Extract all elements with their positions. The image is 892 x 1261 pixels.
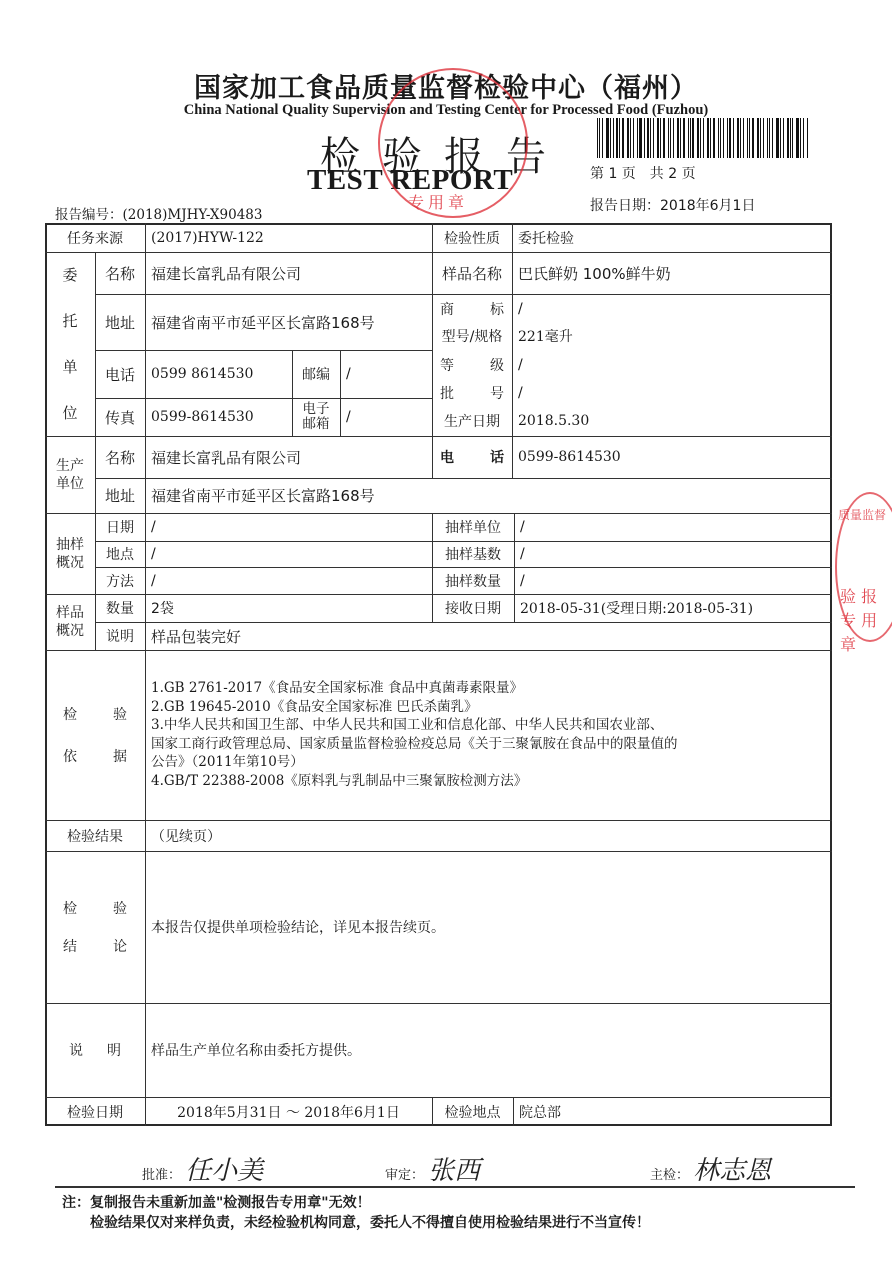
client-email-label-line1: 电子 [303,402,330,417]
report-number: 报告编号：(2018)MJHY-X90483 [55,203,262,223]
trademark-label-a: 商 [440,299,454,319]
grade-label: 等级 [432,352,512,378]
task-source-value: (2017)HYW-122 [145,223,438,252]
sample-name-label: 样品名称 [432,252,512,294]
client-postcode-value: / [340,350,438,398]
sampling-group-label: 抽样 概况 [45,513,95,594]
producer-address-label: 地址 [95,478,145,513]
grade-value: / [512,352,838,378]
sample-status-label-line1: 样品 [56,604,84,622]
inspector-signature: 主检： 林志恩 [650,1150,771,1187]
receive-date-value: 2018-05-31(受理日期:2018-05-31) [514,594,838,622]
side-stamp-top-text: 质量监督 [838,506,886,523]
result-value: （见续页） [145,820,838,851]
sample-count-value: 2袋 [145,594,438,622]
producer-phone-value: 0599-8614530 [512,436,838,478]
report-date-label: 报告日期： [590,198,660,214]
batch-label-a: 批 [440,383,454,403]
basis-label-char: 依 [63,746,77,766]
client-group-label: 委 托 单 位 [45,252,95,436]
batch-label-b: 号 [490,383,504,403]
sample-note-value: 样品包装完好 [145,622,838,650]
test-date-value: 2018年5月31日 ～ 2018年6月1日 [145,1097,432,1126]
sample-name-value: 巴氏鲜奶 100%鲜牛奶 [512,252,838,294]
review-signature: 审定： 张西 [385,1150,480,1187]
remark-label: 说明 [45,1003,145,1097]
trademark-label-b: 标 [490,299,504,319]
report-date-value: 2018年6月1日 [660,198,755,214]
sampling-base-label: 抽样基数 [432,541,514,567]
conclusion-label-char: 验 [113,898,127,918]
report-number-label: 报告编号： [55,207,123,223]
side-stamp-text: 验 报 专 用 章 [840,585,892,657]
producer-label-line1: 生产 [56,457,84,475]
approve-label: 批准： [142,1168,181,1183]
test-nature-label: 检验性质 [432,223,512,252]
client-postcode-label: 邮编 [292,350,340,398]
client-label-char: 托 [62,298,77,344]
client-label-char: 位 [62,390,77,436]
task-source-label: 任务来源 [45,223,145,252]
client-email-value: / [340,398,438,436]
client-fax-value: 0599-8614530 [145,398,298,436]
sampling-quantity-label: 抽样数量 [432,567,514,594]
footer-divider [55,1186,855,1188]
basis-item: 公告》（2011年第10号） [151,753,826,772]
sampling-date-label: 日期 [95,513,145,541]
client-address-value: 福建省南平市延平区长富路168号 [145,294,438,350]
sampling-unit-label: 抽样单位 [432,513,514,541]
sample-note-label: 说明 [95,622,145,650]
batch-value: / [512,380,838,406]
footer-note-2: 检验结果仅对来样负责，未经检验机构同意，委托人不得擅自使用检验结果进行不当宣传！ [90,1212,650,1232]
sampling-method-label: 方法 [95,567,145,594]
sampling-place-label: 地点 [95,541,145,567]
trademark-label: 商标 [432,296,512,322]
sampling-label-line1: 抽样 [56,536,84,554]
client-phone-label: 电话 [95,350,145,398]
stamp-text: 专用章 [408,190,468,213]
producer-address-value: 福建省南平市延平区长富路168号 [145,478,838,513]
result-label: 检验结果 [45,820,145,851]
test-place-label: 检验地点 [432,1097,513,1126]
sampling-quantity-value: / [514,567,838,594]
review-label: 审定： [385,1168,424,1183]
client-fax-label: 传真 [95,398,145,436]
producer-phone-label-a: 电 [440,447,454,467]
basis-item: 4.GB/T 22388-2008《原料乳与乳制品中三聚氰胺检测方法》 [151,772,826,791]
inspector-label: 主检： [650,1168,689,1183]
basis-item: 3.中华人民共和国卫生部、中华人民共和国工业和信息化部、中华人民共和国农业部、 [151,716,826,735]
basis-item: 国家工商行政管理总局、国家质量监督检验检疫总局《关于三聚氰胺在食品中的限量值的 [151,735,826,754]
row-divider [45,650,832,651]
conclusion-label-char: 结 [63,936,77,956]
client-label-char: 单 [62,344,77,390]
batch-label: 批号 [432,380,512,406]
client-name-label: 名称 [95,252,145,294]
basis-label-char: 验 [113,704,127,724]
side-stamp-mid: 验 报 [840,585,892,609]
test-place-value: 院总部 [513,1097,838,1126]
sample-count-label: 数量 [95,594,145,622]
test-nature-value: 委托检验 [512,223,838,252]
sampling-method-value: / [145,567,438,594]
producer-group-label: 生产 单位 [45,436,95,513]
sampling-place-value: / [145,541,438,567]
remark-label-b: 明 [107,1040,121,1060]
producer-phone-label: 电话 [432,436,512,478]
sampling-label-line2: 概况 [56,554,84,572]
basis-item: 2.GB 19645-2010《食品安全国家标准 巴氏杀菌乳》 [151,698,826,717]
remark-value: 样品生产单位名称由委托方提供。 [145,1003,838,1097]
remark-label-a: 说 [69,1040,83,1060]
basis-label-char: 据 [113,746,127,766]
approve-signature: 批准： 任小美 [142,1150,263,1187]
production-date-label: 生产日期 [432,408,512,434]
spec-value: 221毫升 [512,323,838,349]
report-date: 报告日期：2018年6月1日 [590,195,755,215]
production-date-value: 2018.5.30 [512,408,838,434]
conclusion-value: 本报告仅提供单项检验结论，详见本报告续页。 [145,851,838,1003]
producer-name-label: 名称 [95,436,145,478]
report-number-value: (2018)MJHY-X90483 [123,207,263,223]
trademark-value: / [512,296,838,322]
spec-label: 型号/规格 [432,323,512,349]
approve-sig: 任小美 [185,1156,263,1186]
sampling-date-value: / [145,513,438,541]
inspector-sig: 林志恩 [693,1156,771,1186]
basis-label-char: 检 [63,704,77,724]
client-label-char: 委 [62,252,77,298]
review-sig: 张西 [428,1156,480,1186]
client-name-value: 福建长富乳品有限公司 [145,252,438,294]
basis-item: 1.GB 2761-2017《食品安全国家标准 食品中真菌毒素限量》 [151,679,826,698]
grade-label-a: 等 [440,355,454,375]
producer-phone-label-b: 话 [490,447,504,467]
conclusion-label-char: 检 [63,898,77,918]
client-phone-value: 0599 8614530 [145,350,298,398]
barcode-icon [597,118,809,158]
basis-label: 检 验 依 据 [45,650,145,820]
grade-label-b: 级 [490,355,504,375]
footer-note-1: 注：复制报告未重新加盖"检测报告专用章"无效！ [62,1192,371,1212]
conclusion-label-char: 论 [113,936,127,956]
client-email-label-line2: 邮箱 [303,417,330,432]
client-email-label: 电子 邮箱 [292,398,340,436]
producer-name-value: 福建长富乳品有限公司 [145,436,438,478]
conclusion-label: 检 验 结 论 [45,851,145,1003]
client-address-label: 地址 [95,294,145,350]
receive-date-label: 接收日期 [432,594,514,622]
test-date-label: 检验日期 [45,1097,145,1126]
page-info: 第 1 页 共 2 页 [590,163,696,183]
sample-status-label-line2: 概况 [56,622,84,640]
sampling-unit-value: / [514,513,838,541]
producer-label-line2: 单位 [56,475,84,493]
side-stamp-bottom: 专 用 章 [840,609,892,657]
sample-status-group-label: 样品 概况 [45,594,95,650]
basis-list: 1.GB 2761-2017《食品安全国家标准 食品中真菌毒素限量》 2.GB … [151,679,826,790]
sampling-base-value: / [514,541,838,567]
